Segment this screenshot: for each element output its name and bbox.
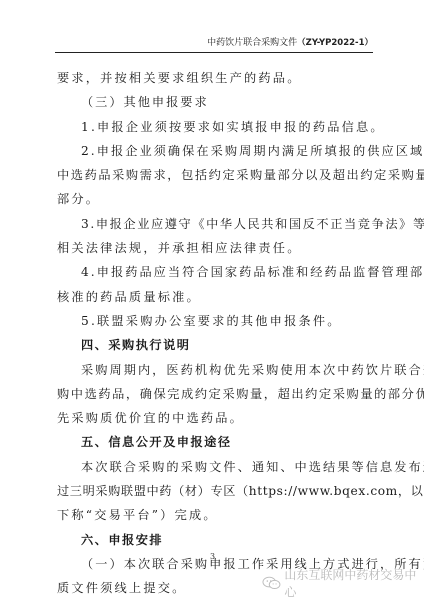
paragraph-line: 部分。 — [57, 187, 375, 211]
paragraph-line: 1.申报企业须按要求如实填报申报的药品信息。 — [57, 115, 375, 139]
page-header: 中药饮片联合采购文件（ZY-YP2022-1） — [55, 36, 373, 53]
paragraph-line: 购中选药品，确保完成约定采购量，超出约定采购量的部分优 — [57, 382, 375, 406]
section-heading-procurement-execution: 四、采购执行说明 — [57, 333, 375, 357]
page-number: 3 — [210, 552, 215, 561]
section-heading-application-arrangement: 六、申报安排 — [57, 528, 375, 552]
paragraph-line: 2.申报企业须确保在采购周期内满足所填报的供应区域的 — [57, 139, 375, 163]
paragraph-line: 5.联盟采购办公室要求的其他申报条件。 — [57, 309, 375, 333]
watermark: 山东互联网中药材交易中心 — [262, 574, 424, 592]
paragraph-line: 中选药品采购需求，包括约定采购量部分以及超出约定采购量 — [57, 163, 375, 187]
section-heading-info-disclosure: 五、信息公开及申报途径 — [57, 430, 375, 454]
paragraph-line: 3.申报企业应遵守《中华人民共和国反不正当竞争法》等 — [57, 212, 375, 236]
paragraph-line: 4.申报药品应当符合国家药品标准和经药品监督管理部门 — [57, 260, 375, 284]
header-doc-code: （ZY-YP2022-1） — [297, 38, 373, 48]
subheading-other-requirements: （三）其他申报要求 — [57, 90, 375, 114]
paragraph-line: 先采购质优价宜的中选药品。 — [57, 406, 375, 430]
paragraph-line: 要求，并按相关要求组织生产的药品。 — [57, 66, 375, 90]
document-body: 要求，并按相关要求组织生产的药品。 （三）其他申报要求 1.申报企业须按要求如实… — [57, 66, 375, 600]
paragraph-line: 相关法律法规，并承担相应法律责任。 — [57, 236, 375, 260]
paragraph-line: 下称“交易平台”）完成。 — [57, 503, 375, 527]
paragraph-line: 核准的药品质量标准。 — [57, 285, 375, 309]
header-title: 中药饮片联合采购文件 — [207, 38, 297, 48]
watermark-text: 山东互联网中药材交易中心 — [284, 566, 424, 600]
paragraph-line: 采购周期内，医药机构优先采购使用本次中药饮片联合采 — [57, 358, 375, 382]
paragraph-line: 本次联合采购的采购文件、通知、中选结果等信息发布通 — [57, 455, 375, 479]
paragraph-line-with-url: 过三明采购联盟中药（材）专区（https://www.bqex.com，以 — [57, 479, 375, 503]
wechat-icon — [262, 576, 281, 590]
